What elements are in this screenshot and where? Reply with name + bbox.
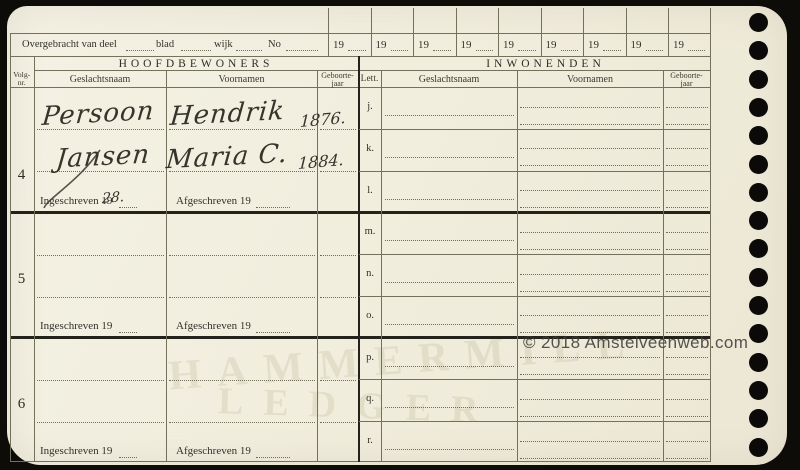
punch-hole <box>749 70 768 89</box>
writing-line-geslachtsnaam <box>385 365 514 367</box>
afgeschreven-label: Afgeschreven 19 <box>176 320 251 332</box>
letter-label: j. <box>360 101 380 112</box>
writing-line-geboortejaar <box>320 296 356 298</box>
letter-label: r. <box>360 435 380 446</box>
fill-in-dots <box>119 331 137 333</box>
year-cell-label: 19 <box>673 39 684 51</box>
handwritten-geboortejaar: 1884. <box>298 150 345 173</box>
fill-in-dots <box>646 49 664 51</box>
fill-in-dots <box>256 456 290 458</box>
volgnr-value: 6 <box>10 396 33 413</box>
fill-in-dots <box>476 49 494 51</box>
writing-line-voornamen <box>520 290 660 292</box>
scanned-register-card-scene: HAMMERMILL LEDGER Overgebracht van deel … <box>0 0 800 470</box>
handwritten-geboortejaar: 1876. <box>300 108 347 131</box>
punch-hole <box>749 268 768 287</box>
writing-line-geboortejaar <box>320 254 356 256</box>
year-column-divider <box>413 8 414 56</box>
year-column-divider <box>498 8 499 56</box>
writing-line-voornamen <box>520 356 660 358</box>
writing-line-voornamen <box>169 296 315 298</box>
writing-line-geboortejaar <box>666 314 708 316</box>
writing-line-voornamen <box>520 189 660 191</box>
writing-line-voornamen <box>520 440 660 442</box>
letter-label: n. <box>360 268 380 279</box>
punch-hole <box>749 381 768 400</box>
writing-line-voornamen <box>520 398 660 400</box>
letter-row-separator <box>359 421 710 422</box>
writing-line-geboortejaar <box>666 147 708 149</box>
writing-line-geslachtsnaam <box>385 239 514 241</box>
punch-hole <box>749 155 768 174</box>
handwritten-voornamen: Hendrik <box>169 96 286 132</box>
writing-line-geboortejaar <box>666 331 708 333</box>
letter-row-separator <box>359 254 710 255</box>
letter-label: l. <box>360 185 380 196</box>
writing-line-geslachtsnaam <box>385 323 514 325</box>
writing-line-geboortejaar <box>666 189 708 191</box>
writing-line-voornamen <box>520 457 660 459</box>
writing-line-geboortejaar <box>666 398 708 400</box>
year-column-divider <box>328 8 329 56</box>
handwritten-ingeschreven-year: 28. <box>102 189 125 207</box>
writing-line-geboortejaar <box>666 440 708 442</box>
writing-line-geslachtsnaam <box>385 114 514 116</box>
year-column-divider <box>456 8 457 56</box>
letter-row-separator <box>359 171 710 172</box>
fill-in-dots <box>518 49 536 51</box>
writing-line-geslachtsnaam <box>385 448 514 450</box>
fill-in-dots <box>688 49 705 51</box>
fill-in-dots <box>603 49 621 51</box>
writing-line-geslachtsnaam <box>37 254 164 256</box>
year-cell-label: 19 <box>546 39 557 51</box>
writing-line-geslachtsnaam <box>37 379 164 381</box>
writing-line-voornamen <box>520 206 660 208</box>
writing-line-geboortejaar <box>666 123 708 125</box>
writing-line-voornamen <box>169 254 315 256</box>
punch-hole <box>749 211 768 230</box>
writing-line-voornamen <box>520 273 660 275</box>
letter-row-separator <box>359 296 710 297</box>
fill-in-dots <box>119 456 137 458</box>
fill-in-dots <box>256 206 290 208</box>
writing-line-geboortejaar <box>666 415 708 417</box>
writing-line-voornamen <box>520 106 660 108</box>
year-cell-label: 19 <box>418 39 429 51</box>
writing-line-voornamen <box>520 147 660 149</box>
year-column-divider <box>626 8 627 56</box>
punch-hole <box>749 438 768 457</box>
writing-line-geboortejaar <box>666 206 708 208</box>
year-cell-label: 19 <box>376 39 387 51</box>
letter-row-separator <box>359 129 710 130</box>
writing-line-voornamen <box>169 421 315 423</box>
handwritten-geslachtsnaam: Persoon <box>41 96 156 132</box>
writing-line-geslachtsnaam <box>385 198 514 200</box>
writing-line-voornamen <box>520 231 660 233</box>
year-cell-label: 19 <box>588 39 599 51</box>
handwritten-geslachtsnaam: Jansen <box>55 139 152 174</box>
writing-line-geboortejaar <box>320 379 356 381</box>
year-cell-label: 19 <box>503 39 514 51</box>
punch-hole <box>749 98 768 117</box>
writing-line-geslachtsnaam <box>37 421 164 423</box>
afgeschreven-label: Afgeschreven 19 <box>176 445 251 457</box>
writing-line-voornamen <box>169 379 315 381</box>
fill-in-dots <box>119 206 137 208</box>
writing-line-voornamen <box>520 248 660 250</box>
fill-in-dots <box>348 49 366 51</box>
writing-line-geboortejaar <box>666 356 708 358</box>
letter-label: m. <box>360 226 380 237</box>
writing-line-geslachtsnaam <box>37 296 164 298</box>
fill-in-dots <box>433 49 451 51</box>
year-column-divider <box>371 8 372 56</box>
year-cell-label: 19 <box>333 39 344 51</box>
letter-row-separator <box>359 379 710 380</box>
writing-line-geboortejaar <box>320 421 356 423</box>
writing-line-voornamen <box>520 164 660 166</box>
punch-hole <box>749 183 768 202</box>
writing-line-geboortejaar <box>666 457 708 459</box>
writing-line-geboortejaar <box>666 273 708 275</box>
letter-label: k. <box>360 143 380 154</box>
writing-line-geboortejaar <box>666 164 708 166</box>
year-column-divider <box>541 8 542 56</box>
writing-line-voornamen <box>520 415 660 417</box>
letter-label: o. <box>360 310 380 321</box>
writing-line-geslachtsnaam <box>385 156 514 158</box>
writing-line-geslachtsnaam <box>385 406 514 408</box>
writing-line-voornamen <box>520 123 660 125</box>
ingeschreven-label: Ingeschreven 19 <box>40 445 112 457</box>
writing-line-geboortejaar <box>666 106 708 108</box>
fill-in-dots <box>561 49 579 51</box>
writing-line-voornamen <box>520 373 660 375</box>
fill-in-dots <box>256 331 290 333</box>
writing-line-geboortejaar <box>666 373 708 375</box>
punch-hole <box>749 353 768 372</box>
writing-line-geboortejaar <box>666 290 708 292</box>
letter-label: p. <box>360 352 380 363</box>
letter-label: q. <box>360 393 380 404</box>
volgnr-value: 5 <box>10 271 33 288</box>
volgnr-value: 4 <box>10 167 33 184</box>
copyright-watermark: © 2018 Amstelveenweb.com <box>523 333 748 353</box>
afgeschreven-label: Afgeschreven 19 <box>176 195 251 207</box>
writing-line-geboortejaar <box>666 248 708 250</box>
year-cell-label: 19 <box>461 39 472 51</box>
punch-hole <box>749 13 768 32</box>
writing-line-geboortejaar <box>666 231 708 233</box>
year-column-divider <box>668 8 669 56</box>
punch-hole <box>749 296 768 315</box>
writing-line-voornamen <box>520 331 660 333</box>
writing-line-geslachtsnaam <box>385 281 514 283</box>
ingeschreven-label: Ingeschreven 19 <box>40 320 112 332</box>
fill-in-dots <box>391 49 409 51</box>
writing-line-voornamen <box>520 314 660 316</box>
year-column-divider <box>583 8 584 56</box>
year-cell-label: 19 <box>631 39 642 51</box>
